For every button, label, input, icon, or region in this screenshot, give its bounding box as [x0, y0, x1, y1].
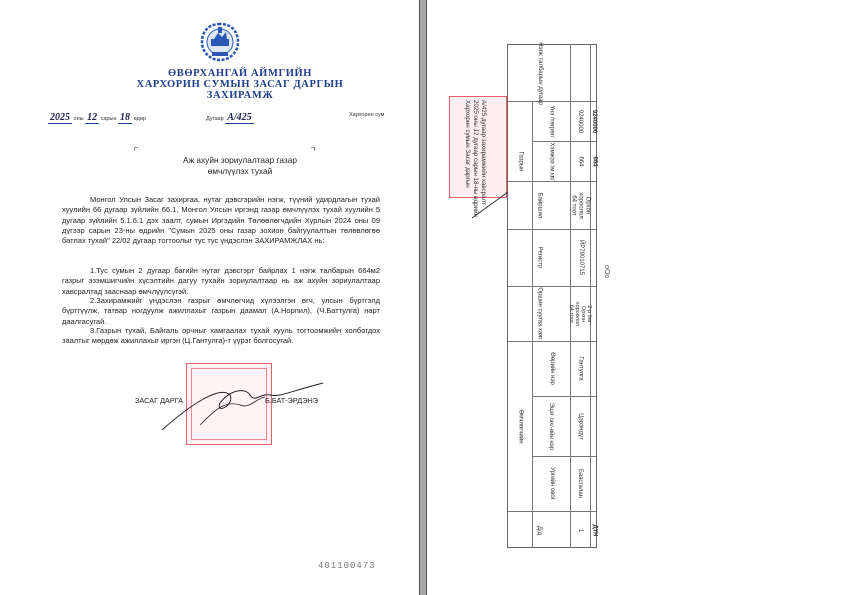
decree-title-line2: өмчлүүлэх тухай	[120, 166, 360, 177]
signatory-name: Б.БАТ-ЭРДЭНЭ	[265, 396, 318, 405]
col-header-address: Оршин суугаа хаяг	[508, 286, 570, 341]
cell-no: 1	[570, 511, 590, 549]
state-emblem-icon	[200, 22, 240, 62]
decree-page: ӨВӨРХАНГАЙ АЙМГИЙН ХАРХОРИН СУМЫН ЗАСАГ …	[0, 0, 419, 595]
clause-2: 2.Захирамжийг үндэслэн газрыг өмчлөгчид …	[62, 296, 380, 327]
appendix-signature-icon	[470, 190, 510, 220]
date-year: 2025	[48, 112, 72, 124]
cell-given-name: Гантулга	[570, 341, 590, 396]
col-header-register: Регистр	[508, 229, 570, 286]
document-type: ЗАХИРАМЖ	[120, 90, 360, 101]
clause-3: 3.Газрын тухай, Байгаль орчныг хамгаалах…	[62, 326, 380, 347]
decree-number: Дугаар А/425	[206, 112, 254, 124]
col-header-location: Байршил	[508, 181, 570, 229]
date-month: 12	[85, 112, 99, 124]
col-header-parent-name: Эцэг /эх/-ийн нэр	[532, 396, 570, 456]
number-value: А/425	[225, 112, 253, 124]
col-header-parcel-no: Нэгж талбарын дугаар	[508, 45, 570, 101]
signature-scribble-icon	[160, 375, 325, 435]
col-header-no: Д/д	[508, 511, 570, 549]
cell-location: Орхон хороолол 64 тоот	[570, 181, 590, 229]
end-mark: оОо	[603, 265, 610, 278]
col-header-given-name: Өөрийн нэр	[532, 341, 570, 396]
preamble-paragraph: Монгол Улсын Засаг захиргаа, нутаг дэвсг…	[62, 195, 380, 246]
total-price: 9240000	[590, 101, 598, 141]
col-header-clan: Ургийн овог	[532, 456, 570, 511]
decree-place: Хархорин сум	[349, 112, 384, 118]
cell-address: 2-р баг Орхон хороолол 64 тоот	[570, 286, 590, 341]
approval-note-line1: Хархорин сумын Засаг даргын	[464, 100, 471, 188]
total-label: ДҮН	[590, 511, 598, 549]
title-corner-mark	[134, 147, 138, 151]
org-name-line1: ӨВӨРХАНГАЙ АЙМГИЙН	[120, 68, 360, 79]
number-label: Дугаар	[206, 116, 224, 122]
title-corner-mark	[311, 147, 315, 151]
decree-title-line1: Аж ахуйн зориулалтаар газар	[120, 155, 360, 166]
appendix-page	[428, 0, 845, 595]
cell-parcel-no	[570, 45, 590, 101]
cell-area: 664	[570, 141, 590, 181]
clause-1: 1.Тус сумын 2 дугаар багийн нутаг дэвсгэ…	[62, 266, 380, 297]
month-suffix: сарын	[101, 116, 117, 122]
total-area: 664	[590, 141, 598, 181]
day-suffix: өдөр	[134, 116, 146, 122]
cell-price: 9240000	[570, 101, 590, 141]
col-header-price: Үнэ /төгрөг/	[532, 101, 570, 141]
serial-number: 401100473	[318, 561, 376, 571]
cell-parent-name: Цэрэндүт	[570, 396, 590, 456]
col-group-owner: Өмчлөгчийн	[508, 341, 532, 511]
col-header-area: Хэмжээ /м.кв/	[532, 141, 570, 181]
cell-clan: Баясгалан	[570, 456, 590, 511]
decree-date: 2025 оны 12 сарын 18 өдөр	[48, 112, 146, 124]
date-day: 18	[118, 112, 132, 124]
appendix-table: Нэгж талбарын дугаар Үнэ /төгрөг/ Хэмжээ…	[507, 44, 597, 548]
col-group-land: Газрын	[508, 141, 532, 181]
year-suffix: оны	[74, 116, 84, 122]
page-gutter	[419, 0, 427, 595]
cell-register: ЙР79010715	[570, 229, 590, 286]
org-name-line2: ХАРХОРИН СУМЫН ЗАСАГ ДАРГЫН	[120, 79, 360, 90]
